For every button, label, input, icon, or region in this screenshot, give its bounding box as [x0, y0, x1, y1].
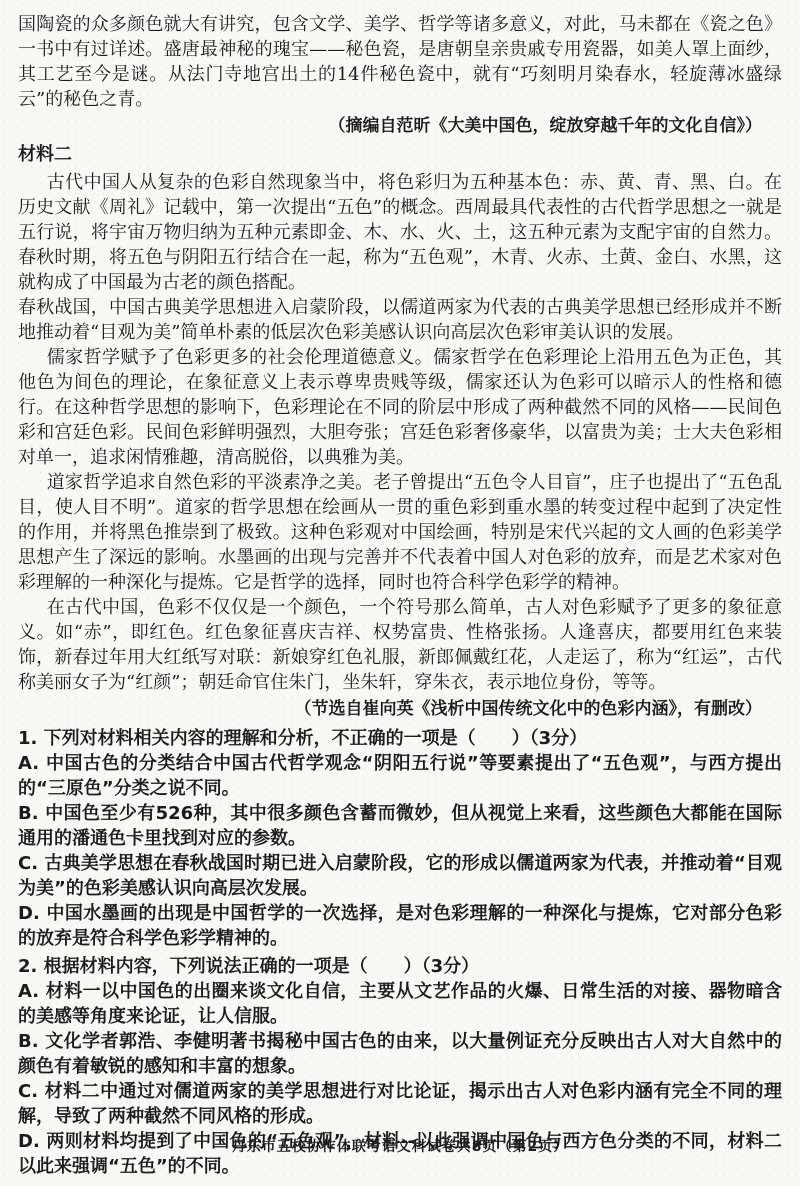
- question-2-stem: 2. 根据材料内容，下列说法正确的一项是（ ）（3分）: [18, 954, 782, 979]
- page-footer: 丹东市五校协作体联考语文科试卷共8页（第2页）: [0, 1136, 800, 1156]
- material-two-paragraph-4: 道家哲学追求自然色彩的平淡素净之美。老子曾提出“五色令人目盲”，庄子也提出了“五…: [18, 470, 782, 595]
- question-1-option-c: C. 古典美学思想在春秋战国时期已进入启蒙阶段，它的形成以儒道两家为代表，并推动…: [18, 851, 782, 901]
- material-one-citation: （摘编自范昕《大美中国色，绽放穿越千年的文化自信》）: [18, 113, 782, 139]
- question-1-option-b: B. 中国色至少有526种，其中很多颜色含蓄而微妙，但从视觉上来看，这些颜色大都…: [18, 801, 782, 851]
- question-1-option-d: D. 中国水墨画的出现是中国哲学的一次选择，是对色彩理解的一种深化与提炼，它对部…: [18, 901, 782, 951]
- material-two-heading: 材料二: [18, 142, 782, 168]
- material-two-paragraph-5: 在古代中国，色彩不仅仅是一个颜色，一个符号那么简单，古人对色彩赋予了更多的象征意…: [18, 595, 782, 695]
- material-two-section: 材料二 古代中国人从复杂的色彩自然现象当中，将色彩归为五种基本色：赤、黄、青、黑…: [18, 142, 782, 722]
- question-1-option-a: A. 中国古色的分类结合中国古代哲学观念“阴阳五行说”等要素提出了“五色观”，与…: [18, 751, 782, 801]
- material-two-paragraph-2: 春秋战国，中国古典美学思想进入启蒙阶段，以儒道两家为代表的古典美学思想已经形成并…: [18, 295, 782, 345]
- material-two-paragraph-3: 儒家哲学赋予了色彩更多的社会伦理道德意义。儒家哲学在色彩理论上沿用五色为正色，其…: [18, 345, 782, 470]
- question-2-option-b: B. 文化学者郭浩、李健明著书揭秘中国古色的由来，以大量例证充分反映出古人对大自…: [18, 1029, 782, 1079]
- material-two-citation: （节选自崔向英《浅析中国传统文化中的色彩内涵》，有删改）: [18, 696, 782, 722]
- exam-page: 国陶瓷的众多颜色就大有讲究，包含文学、美学、哲学等诸多意义，对此，马未都在《瓷之…: [0, 0, 800, 1186]
- question-2-option-a: A. 材料一以中国色的出圈来谈文化自信，主要从文艺作品的火爆、日常生活的对接、器…: [18, 979, 782, 1029]
- questions-section: 1. 下列对材料相关内容的理解和分析，不正确的一项是（ ）（3分） A. 中国古…: [18, 726, 782, 1179]
- material-two-paragraph-1: 古代中国人从复杂的色彩自然现象当中，将色彩归为五种基本色：赤、黄、青、黑、白。在…: [18, 170, 782, 295]
- question-1-stem: 1. 下列对材料相关内容的理解和分析，不正确的一项是（ ）（3分）: [18, 726, 782, 751]
- question-2-option-c: C. 材料二中通过对儒道两家的美学思想进行对比论证，揭示出古人对色彩内涵有完全不…: [18, 1079, 782, 1129]
- material-one-continuation-paragraph: 国陶瓷的众多颜色就大有讲究，包含文学、美学、哲学等诸多意义，对此，马未都在《瓷之…: [18, 12, 782, 112]
- material-one-section: 国陶瓷的众多颜色就大有讲究，包含文学、美学、哲学等诸多意义，对此，马未都在《瓷之…: [18, 12, 782, 139]
